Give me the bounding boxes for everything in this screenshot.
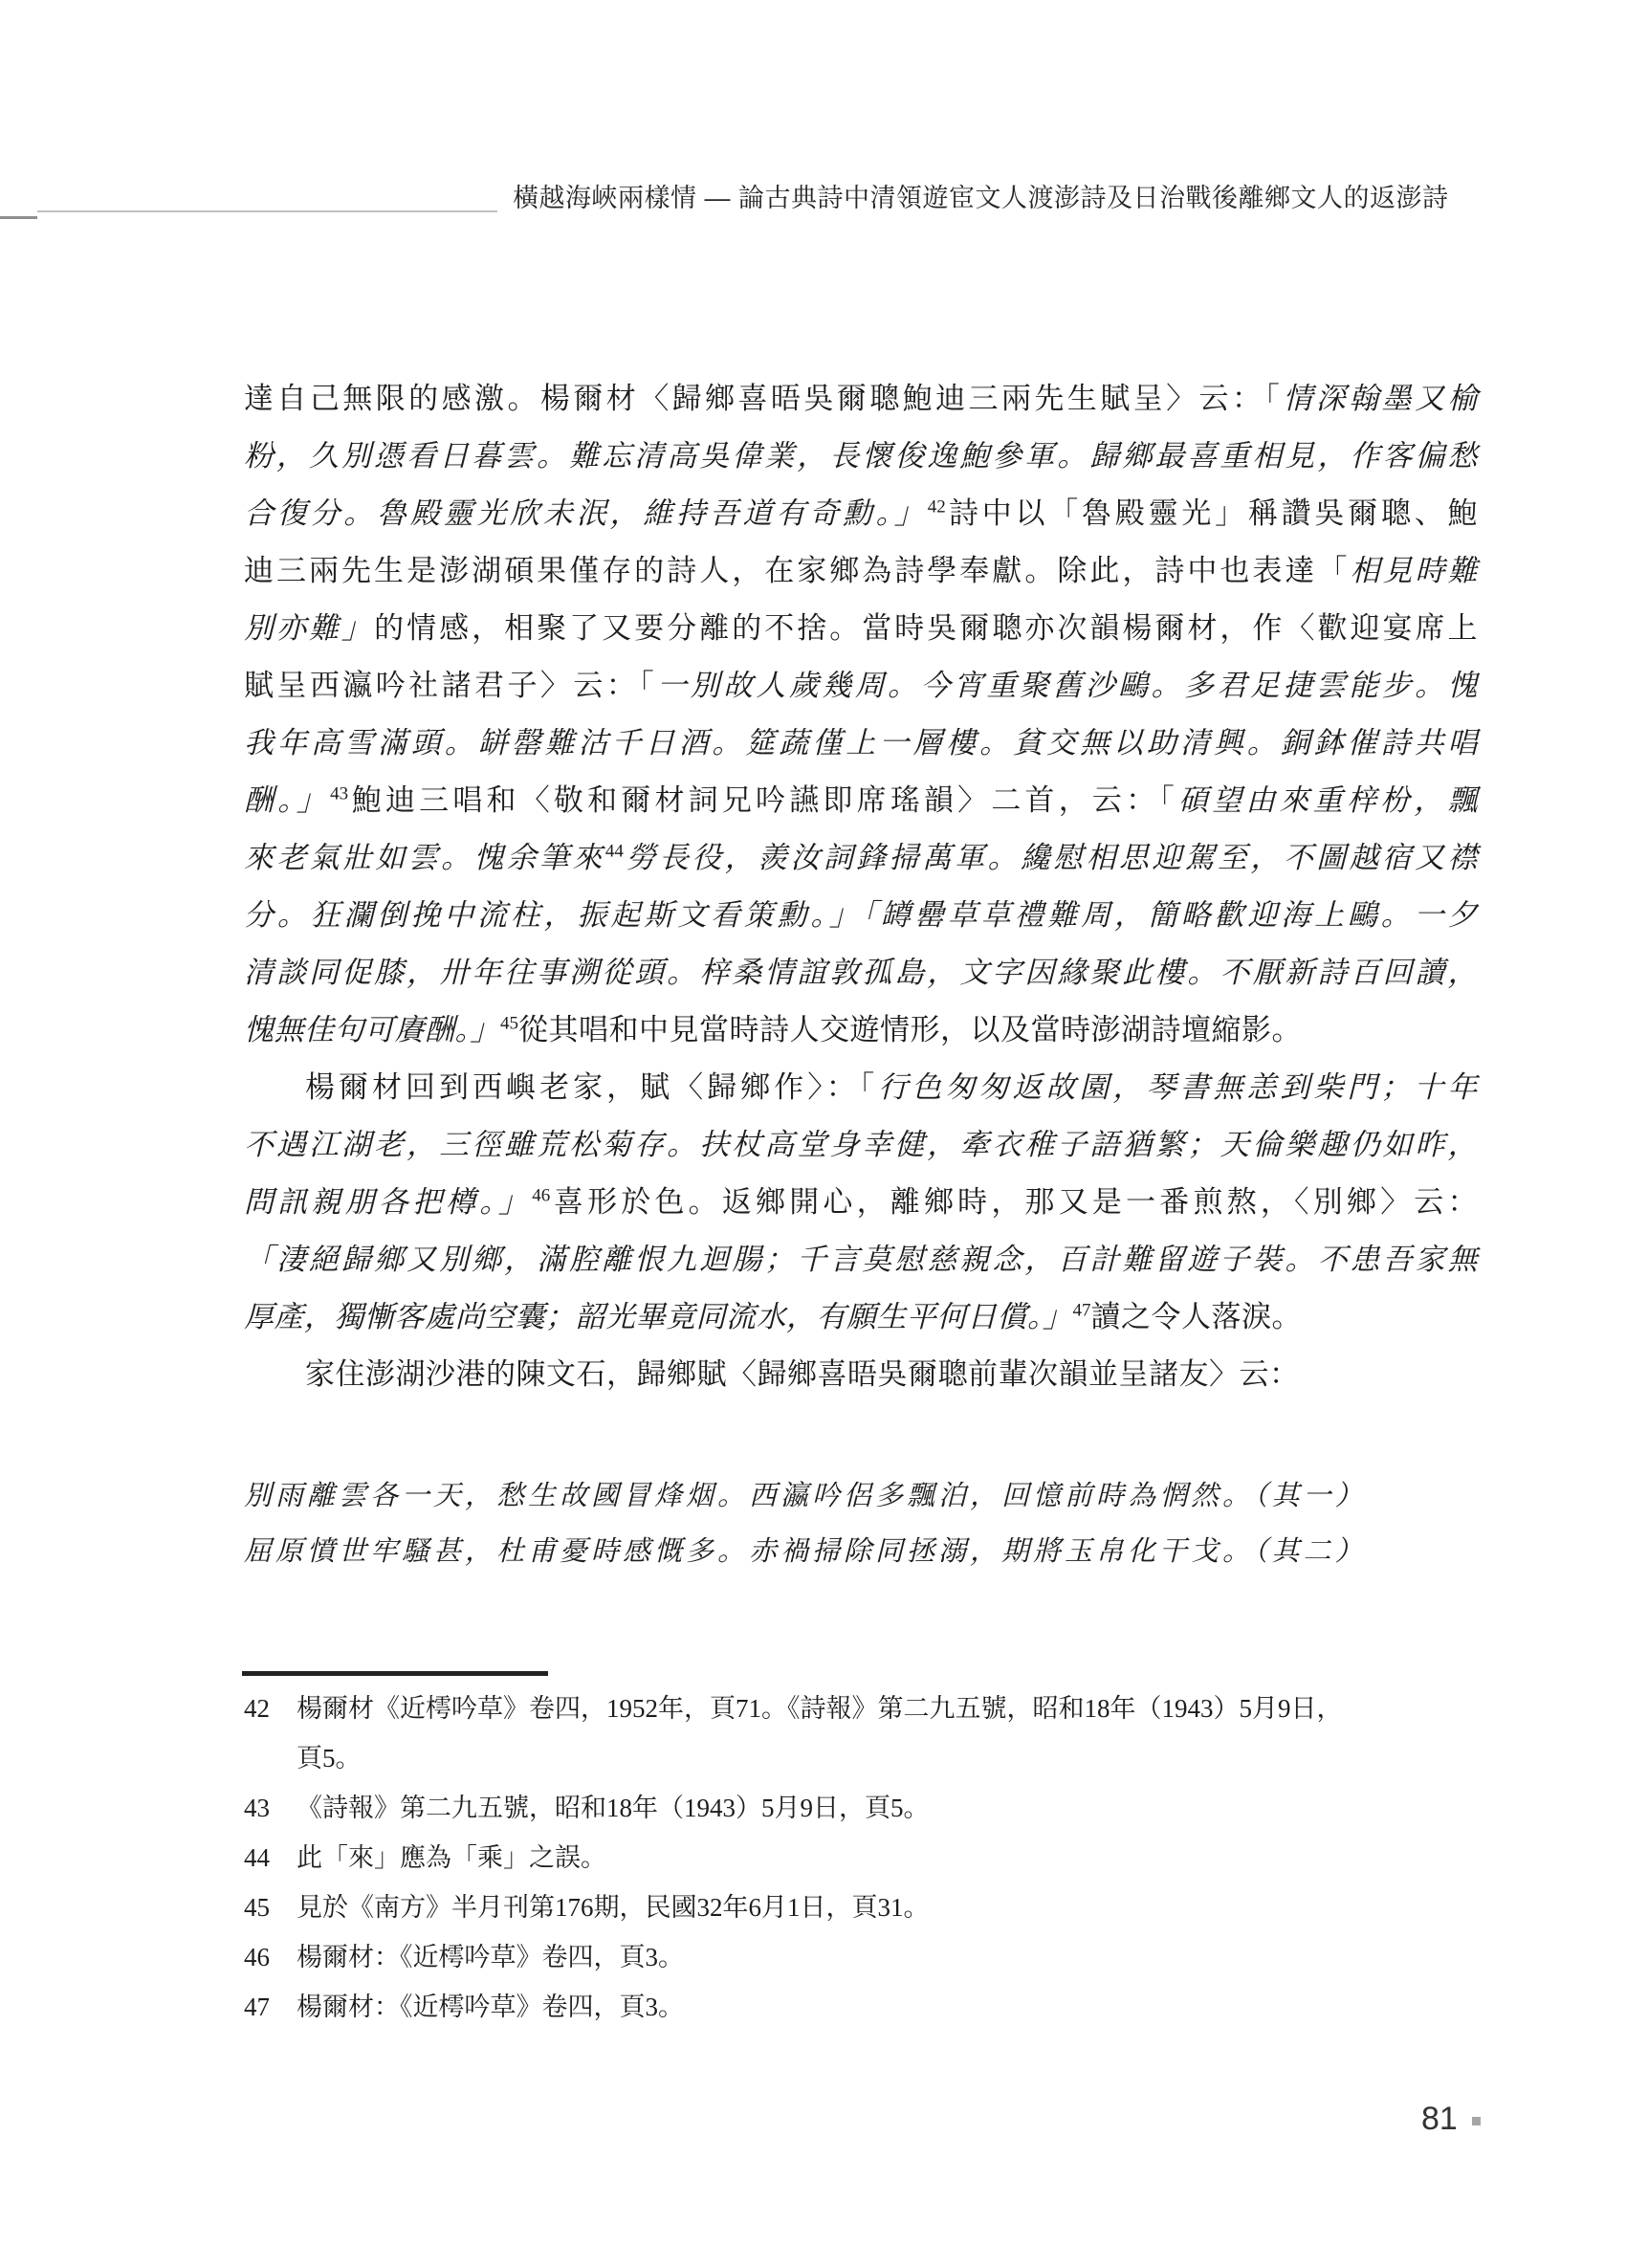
- prose-text-segment: 鮑迪三唱和〈敬和爾材詞兄吟讌即席瑤韻〉二首，云：「: [348, 783, 1178, 817]
- footnote-item: 46楊爾材：《近樗吟草》卷四，頁3。: [244, 1932, 1487, 1982]
- poem-quote-block: 別雨離雲各一天，愁生故國冒烽烟。西瀛吟侶多飄泊，回憶前時為惘然。（其一）屈原憤世…: [244, 1468, 1487, 1579]
- body-line: 問訊親朋各把樽。」46喜形於色。返鄉開心，離鄉時，那又是一番煎熬，〈別鄉〉云：: [244, 1174, 1478, 1231]
- body-line: 酬。」43鮑迪三唱和〈敬和爾材詞兄吟讌即席瑤韻〉二首，云：「碩望由來重梓枌，飄: [244, 772, 1478, 829]
- poem-text-segment: 不遇江湖老，三徑雖荒松菊存。扶杖高堂身幸健，牽衣稚子語猶繁；天倫樂趣仍如昨，: [244, 1128, 1478, 1161]
- poem-text-segment: 來老氣壯如雲。愧余筆來: [244, 841, 605, 874]
- prose-text-segment: 讀之令人落淚。: [1091, 1300, 1303, 1333]
- footnote-number: 43: [244, 1783, 297, 1833]
- footnote-item: 43《詩報》第二九五號，昭和18年（1943）5月9日，頁5。: [244, 1783, 1487, 1833]
- footnote-text: 楊爾材：《近樗吟草》卷四，頁3。: [297, 1993, 684, 2021]
- poem-text-segment: 別亦難」: [244, 611, 374, 645]
- document-page: 橫越海峽兩樣情 — 論古典詩中清領遊宦文人渡澎詩及日治戰後離鄉文人的返澎詩 達自…: [0, 0, 1626, 2268]
- footnote-reference: 44: [605, 842, 624, 862]
- footnote-reference: 43: [330, 784, 348, 804]
- footnote-text: 見於《南方》半月刊第176期，民國32年6月1日，頁31。: [297, 1893, 930, 1922]
- header-rule: [37, 210, 497, 212]
- footnote-number: 46: [244, 1932, 297, 1982]
- footnote-number: 45: [244, 1883, 297, 1932]
- footnote-separator: [242, 1671, 548, 1676]
- prose-text-segment: 家住澎湖沙港的陳文石，歸鄉賦〈歸鄉喜晤吳爾聰前輩次韻並呈諸友〉云：: [305, 1357, 1300, 1391]
- poem-text-segment: 粉，久別憑看日暮雲。難忘清高吳偉業，長懷俊逸鮑參軍。歸鄉最喜重相見，作客偏愁: [244, 439, 1478, 473]
- footnote-reference: 47: [1073, 1301, 1091, 1321]
- prose-text-segment: 的情感，相聚了又要分離的不捨。當時吳爾聰亦次韻楊爾材，作〈歡迎宴席上: [374, 611, 1478, 645]
- prose-text-segment: 楊爾材回到西嶼老家，賦〈歸鄉作〉：「: [305, 1070, 878, 1104]
- running-header-title: 橫越海峽兩樣情 — 論古典詩中清領遊宦文人渡澎詩及日治戰後離鄉文人的返澎詩: [513, 182, 1449, 214]
- footnote-text: 楊爾材《近樗吟草》卷四，1952年，頁71。《詩報》第二九五號，昭和18年（19…: [297, 1694, 1343, 1723]
- body-line: 達自己無限的感激。楊爾材〈歸鄉喜晤吳爾聰鮑迪三兩先生賦呈〉云：「情深翰墨又榆: [244, 370, 1478, 428]
- footnote-item: 44此「來」應為「乘」之誤。: [244, 1833, 1487, 1883]
- poem-text-segment: 相見時難: [1350, 554, 1478, 587]
- body-line: 楊爾材回到西嶼老家，賦〈歸鄉作〉：「行色匆匆返故園，琴書無恙到柴門；十年: [244, 1059, 1478, 1116]
- page-number: 81: [1421, 2101, 1458, 2138]
- poem-text-segment: 分。狂瀾倒挽中流柱，振起斯文看策勳。」「罇罍草草禮難周，簡略歡迎海上鷗。一夕: [244, 898, 1478, 932]
- footnote-number: 47: [244, 1982, 297, 2032]
- poem-text-segment: 愧無佳句可賡酬。」: [244, 1013, 500, 1046]
- footnote-reference: 45: [500, 1014, 518, 1034]
- prose-text-segment: 喜形於色。返鄉開心，離鄉時，那又是一番煎熬，〈別鄉〉云：: [550, 1185, 1478, 1219]
- poem-text-segment: 碩望由來重梓枌，飄: [1178, 783, 1478, 817]
- poem-text-segment: 酬。」: [244, 783, 330, 817]
- body-line: 家住澎湖沙港的陳文石，歸鄉賦〈歸鄉喜晤吳爾聰前輩次韻並呈諸友〉云：: [244, 1346, 1478, 1403]
- body-line: 粉，久別憑看日暮雲。難忘清高吳偉業，長懷俊逸鮑參軍。歸鄉最喜重相見，作客偏愁: [244, 428, 1478, 485]
- quote-line: 別雨離雲各一天，愁生故國冒烽烟。西瀛吟侶多飄泊，回憶前時為惘然。（其一）: [244, 1468, 1487, 1524]
- prose-text-segment: 賦呈西瀛吟社諸君子〉云：「: [244, 669, 657, 702]
- body-line: 厚產，獨慚客處尚空囊；韶光畢竟同流水，有願生平何日償。」47讀之令人落淚。: [244, 1288, 1478, 1346]
- poem-text-segment: 厚產，獨慚客處尚空囊；韶光畢竟同流水，有願生平何日償。」: [244, 1300, 1073, 1333]
- quote-line: 屈原憤世牢騷甚，杜甫憂時感慨多。赤禍掃除同拯溺，期將玉帛化干戈。（其二）: [244, 1524, 1487, 1579]
- footnote-reference: 42: [928, 497, 946, 517]
- body-line: 我年高雪滿頭。缾罄難沽千日酒。筵蔬僅上一層樓。貧交無以助清興。銅鉢催詩共唱: [244, 715, 1478, 772]
- body-line: 愧無佳句可賡酬。」45從其唱和中見當時詩人交遊情形，以及當時澎湖詩壇縮影。: [244, 1002, 1478, 1059]
- footnote-text: 《詩報》第二九五號，昭和18年（1943）5月9日，頁5。: [297, 1794, 930, 1822]
- footnote-text: 楊爾材：《近樗吟草》卷四，頁3。: [297, 1943, 684, 1971]
- body-text: 達自己無限的感激。楊爾材〈歸鄉喜晤吳爾聰鮑迪三兩先生賦呈〉云：「情深翰墨又榆粉，…: [244, 370, 1478, 1403]
- body-line: 清談同促膝，卅年往事溯從頭。梓桑情誼敦孤島，文字因緣聚此樓。不厭新詩百回讀，: [244, 944, 1478, 1002]
- prose-text-segment: 迪三兩先生是澎湖碩果僅存的詩人，在家鄉為詩學奉獻。除此，詩中也表達「: [244, 554, 1350, 587]
- footnote-text: 此「來」應為「乘」之誤。: [297, 1843, 606, 1872]
- prose-text-segment: 詩中以「魯殿靈光」稱讚吳爾聰、鮑: [946, 496, 1478, 530]
- footnote-item: 47楊爾材：《近樗吟草》卷四，頁3。: [244, 1982, 1487, 2032]
- poem-text-segment: 清談同促膝，卅年往事溯從頭。梓桑情誼敦孤島，文字因緣聚此樓。不厭新詩百回讀，: [244, 956, 1478, 989]
- body-line: 來老氣壯如雲。愧余筆來44勞長役，羨汝詞鋒掃萬軍。纔慰相思迎駕至，不圖越宿又襟: [244, 829, 1478, 887]
- header-rule-left: [0, 216, 37, 219]
- body-line: 分。狂瀾倒挽中流柱，振起斯文看策勳。」「罇罍草草禮難周，簡略歡迎海上鷗。一夕: [244, 887, 1478, 944]
- poem-text-segment: 一別故人歲幾周。今宵重聚舊沙鷗。多君足捷雲能步。愧: [657, 669, 1478, 702]
- poem-text-segment: 勞長役，羨汝詞鋒掃萬軍。纔慰相思迎駕至，不圖越宿又襟: [624, 841, 1478, 874]
- footnote-number: 42: [244, 1684, 297, 1733]
- page-number-marker: [1472, 2117, 1481, 2125]
- body-line: 別亦難」的情感，相聚了又要分離的不捨。當時吳爾聰亦次韻楊爾材，作〈歡迎宴席上: [244, 600, 1478, 657]
- body-line: 不遇江湖老，三徑雖荒松菊存。扶杖高堂身幸健，牽衣稚子語猶繁；天倫樂趣仍如昨，: [244, 1116, 1478, 1174]
- footnote-continuation: 頁5。: [244, 1733, 1487, 1783]
- body-line: 迪三兩先生是澎湖碩果僅存的詩人，在家鄉為詩學奉獻。除此，詩中也表達「相見時難: [244, 542, 1478, 600]
- footnote-list: 42楊爾材《近樗吟草》卷四，1952年，頁71。《詩報》第二九五號，昭和18年（…: [244, 1684, 1487, 2032]
- body-line: 「淒絕歸鄉又別鄉，滿腔離恨九迴腸；千言莫慰慈親念，百計難留遊子裝。不患吾家無: [244, 1231, 1478, 1288]
- body-line: 合復分。魯殿靈光欣未泯，維持吾道有奇勳。」42詩中以「魯殿靈光」稱讚吳爾聰、鮑: [244, 485, 1478, 542]
- footnote-reference: 46: [532, 1186, 550, 1206]
- footnote-number: 44: [244, 1833, 297, 1883]
- prose-text-segment: 達自己無限的感激。楊爾材〈歸鄉喜晤吳爾聰鮑迪三兩先生賦呈〉云：「: [244, 382, 1283, 415]
- poem-text-segment: 合復分。魯殿靈光欣未泯，維持吾道有奇勳。」: [244, 496, 928, 530]
- prose-text-segment: 從其唱和中見當時詩人交遊情形，以及當時澎湖詩壇縮影。: [518, 1013, 1302, 1046]
- body-line: 賦呈西瀛吟社諸君子〉云：「一別故人歲幾周。今宵重聚舊沙鷗。多君足捷雲能步。愧: [244, 657, 1478, 715]
- poem-text-segment: 情深翰墨又榆: [1283, 382, 1478, 415]
- poem-text-segment: 「淒絕歸鄉又別鄉，滿腔離恨九迴腸；千言莫慰慈親念，百計難留遊子裝。不患吾家無: [244, 1243, 1478, 1276]
- poem-text-segment: 行色匆匆返故園，琴書無恙到柴門；十年: [878, 1070, 1478, 1104]
- footnote-item: 42楊爾材《近樗吟草》卷四，1952年，頁71。《詩報》第二九五號，昭和18年（…: [244, 1684, 1487, 1733]
- poem-text-segment: 問訊親朋各把樽。」: [244, 1185, 532, 1219]
- poem-text-segment: 我年高雪滿頭。缾罄難沽千日酒。筵蔬僅上一層樓。貧交無以助清興。銅鉢催詩共唱: [244, 726, 1478, 760]
- footnote-item: 45見於《南方》半月刊第176期，民國32年6月1日，頁31。: [244, 1883, 1487, 1932]
